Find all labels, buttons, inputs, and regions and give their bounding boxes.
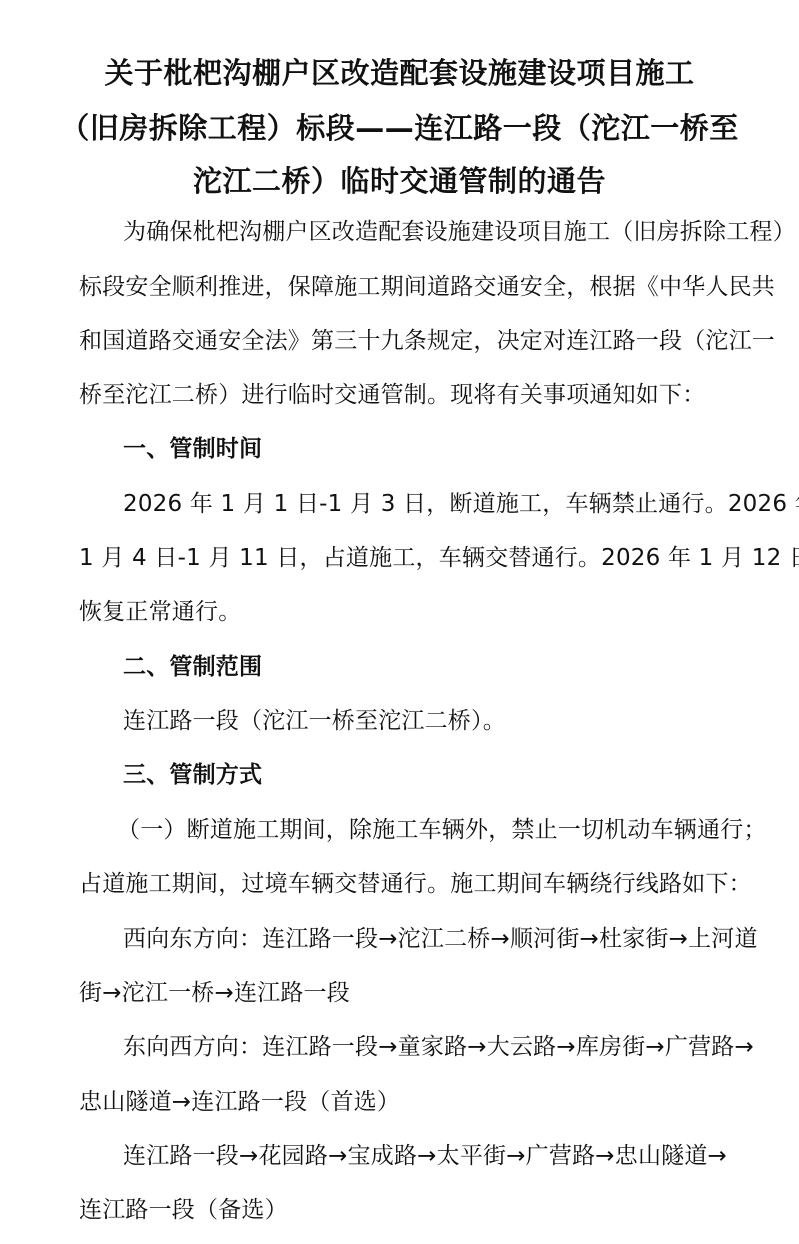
intro-paragraph-line: 为确保枇杷沟棚户区改造配套设施建设项目施工（旧房拆除工程） [123, 217, 796, 247]
section-body-line: 占道施工期间，过境车辆交替通行。施工期间车辆绕行线路如下： [79, 869, 752, 899]
section-body-line: （一）断道施工期间，除施工车辆外，禁止一切机动车辆通行； [117, 815, 767, 845]
section-body-line: 1 月 4 日-1 月 11 日，占道施工，车辆交替通行。2026 年 1 月 … [79, 543, 799, 573]
detour-east-to-west-preferred-line: 忠山隧道→连江路一段（首选） [79, 1087, 400, 1117]
intro-paragraph-line: 桥至沱江二桥）进行临时交通管制。现将有关事项通知如下： [79, 380, 705, 410]
detour-east-to-west-alternate-line: 连江路一段（备选） [79, 1195, 288, 1225]
section-body-line: 连江路一段（沱江一桥至沱江二桥）。 [123, 706, 506, 736]
document-title-line-1: 关于枇杷沟棚户区改造配套设施建设项目施工 [0, 55, 799, 91]
section-heading-control-time: 一、管制时间 [123, 434, 262, 464]
section-heading-control-scope: 二、管制范围 [123, 652, 262, 682]
section-body-line: 2026 年 1 月 1 日-1 月 3 日，断道施工，车辆禁止通行。2026 … [123, 489, 799, 519]
notice-page: 关于枇杷沟棚户区改造配套设施建设项目施工 （旧房拆除工程）标段——连江路一段（沱… [0, 0, 799, 1244]
detour-east-to-west-preferred-line: 东向西方向：连江路一段→童家路→大云路→库房街→广营路→ [123, 1032, 754, 1062]
detour-west-to-east-line: 西向东方向：连江路一段→沱江二桥→顺河街→杜家街→上河道 [123, 924, 758, 954]
document-title-line-2: （旧房拆除工程）标段——连江路一段（沱江一桥至 [0, 110, 799, 146]
section-heading-control-method: 三、管制方式 [123, 760, 262, 790]
detour-west-to-east-line: 街→沱江一桥→连江路一段 [79, 978, 350, 1008]
intro-paragraph-line: 和国道路交通安全法》第三十九条规定，决定对连江路一段（沱江一 [79, 326, 775, 356]
section-body-line: 恢复正常通行。 [79, 597, 241, 627]
detour-east-to-west-alternate-line: 连江路一段→花园路→宝成路→太平街→广营路→忠山隧道→ [123, 1141, 727, 1171]
document-title-line-3: 沱江二桥）临时交通管制的通告 [0, 163, 799, 199]
intro-paragraph-line: 标段安全顺利推进，保障施工期间道路交通安全，根据《中华人民共 [79, 272, 775, 302]
